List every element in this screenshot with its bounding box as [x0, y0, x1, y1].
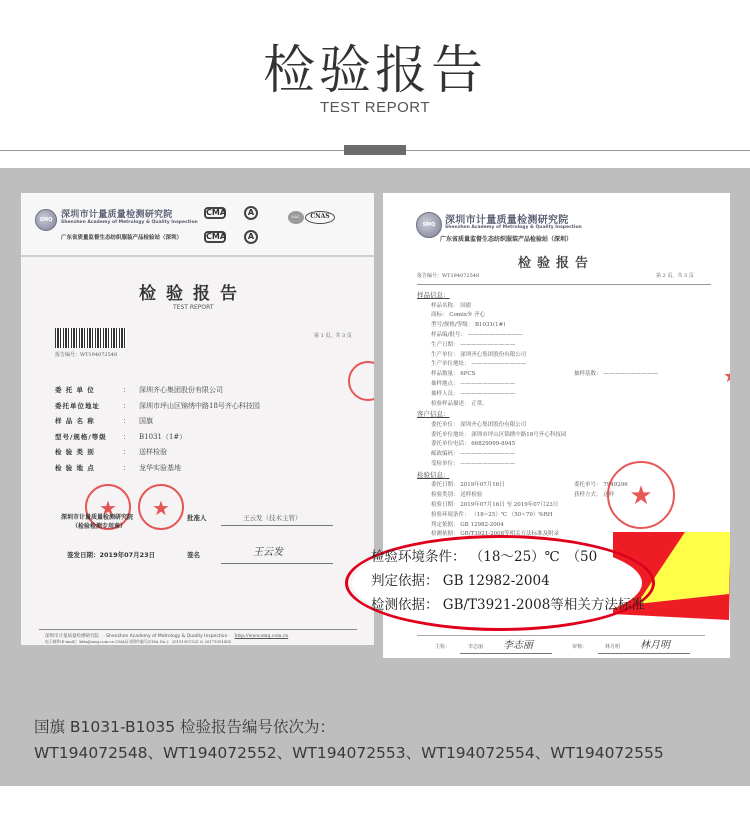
section-title: 客户信息： [417, 409, 450, 418]
chief-inspector-label: 主检： [435, 643, 450, 650]
info-row: 委托日期： 2019年07月16日 [431, 480, 505, 488]
highlight-row: 检验环境条件： （18～25）℃ （50 [371, 545, 597, 565]
field-row: 委托单位地址：深圳市坪山区锦绣中路18号齐心科技园 [55, 401, 260, 411]
institute-name-en: Shenzhen Academy of Metrology & Quality … [61, 220, 198, 225]
issue-date: 签发日期：2019年07月23日 [67, 550, 155, 559]
info-row: 委托单位： 深圳齐心集团股份有限公司 [431, 420, 526, 428]
caption-report-numbers: WT194072548、WT194072552、WT194072553、WT19… [34, 741, 664, 763]
highlight-row: 判定依据： GB 12982-2004 [371, 569, 550, 589]
info-row: 检验环境条件： （18~25）℃ （50~70）%RH [431, 510, 553, 518]
field-value: 深圳齐心集团股份有限公司 [139, 386, 223, 394]
cal-mark-icon: A [244, 230, 258, 244]
field-row: 样 品 名 称：国旗 [55, 416, 153, 426]
cal-mark-icon: A [244, 206, 258, 220]
approver-line [221, 525, 333, 526]
info-row: 委托单位地址： 深圳市坪山区锦绣中路18号齐心科技园 [431, 430, 566, 438]
field-row: 委 托 单 位：深圳齐心集团股份有限公司 [55, 385, 223, 395]
inspection-seal-icon: ★ [138, 484, 184, 530]
seal-org-name: 深圳市计量质量检测研究院 [61, 512, 133, 521]
smq-logo-icon: SMQ [416, 212, 442, 238]
official-seal-icon: ★ [607, 461, 675, 529]
info-row: 样品编/批号： —————————— [431, 330, 523, 338]
info-row: 抽样地点： —————————— [431, 379, 515, 387]
seal-org-note: （检验检测专用章） [72, 521, 126, 530]
info-row: 检验日期： 2019年07月16日 至 2019年07月23日 [431, 500, 558, 508]
panel-edge [730, 520, 750, 660]
field-row: 检 验 类 别：送样检验 [55, 447, 167, 457]
cma-mark-icon: CMA [204, 231, 226, 243]
chief-inspector-name: 李志丽 [468, 643, 483, 650]
header-accent-bar [344, 145, 406, 155]
doc-title-en: TEST REPORT [173, 304, 214, 311]
info-row: 生产单位地址： —————————— [431, 359, 526, 367]
report-number-label: 报告编号：WT194072548 [55, 351, 117, 358]
field-label: 委 托 单 位 [55, 385, 123, 394]
info-row: 委托单位电话： 66829999-8945 [431, 439, 515, 447]
signature-line [221, 563, 333, 564]
info-row-secondary: 抽样基数： —————————— [574, 369, 658, 377]
cma-mark-icon: CMA [204, 207, 226, 219]
page-title: 检验报告 [0, 28, 750, 103]
caption-heading: 国旗 B1031-B1035 检验报告编号依次为： [34, 715, 335, 737]
signature-label: 签名 [187, 550, 200, 559]
field-value: 送样检验 [139, 448, 167, 456]
doc-title: 检验报告 [518, 252, 594, 271]
chief-inspector-signature: 李志丽 [503, 636, 533, 651]
info-row: 抽样人员： —————————— [431, 389, 515, 397]
approver-value: 王云发（技术主管） [243, 513, 302, 522]
info-row: 检验样品描述： 正常。 [431, 399, 488, 407]
section-title: 检验信息： [417, 470, 450, 479]
info-row: 型号/规格/等级： B1031(1#) [431, 320, 505, 328]
field-label: 检 验 地 点 [55, 463, 123, 472]
field-label: 样 品 名 称 [55, 416, 123, 425]
page-subtitle: TEST REPORT [0, 99, 750, 116]
page-info: 第 1 页，共 3 页 [314, 332, 352, 339]
barcode-icon [55, 328, 127, 348]
field-value: 龙华实验基地 [139, 464, 181, 472]
reviewer-name: 林月明 [605, 643, 620, 650]
doc-title: 检验报告 [139, 279, 247, 304]
partial-seal-icon: ★ [723, 360, 730, 396]
field-value: B1031（1#） [139, 433, 186, 441]
smq-logo-icon: SMQ [35, 209, 57, 231]
info-row: 检验类别： 送样检验 [431, 490, 482, 498]
field-row: 型号/规格/等级：B1031（1#） [55, 432, 186, 442]
institute-name: 深圳市计量质量检测研究院 [445, 211, 569, 226]
cnas-logo-icon: CNAS [305, 211, 335, 224]
reviewer-line [598, 653, 690, 654]
info-row: 受检单位： —————————— [431, 459, 515, 467]
approver-label: 批准人 [187, 513, 207, 522]
field-label: 检 验 类 别 [55, 447, 123, 456]
chief-inspector-line [460, 653, 552, 654]
footer-contact-1: 电子邮件(E-mail)：kfzx@smq.com.cn CMA证书附件编号(C… [45, 639, 231, 645]
field-value: 深圳市坪山区锦绣中路18号齐心科技园 [139, 402, 260, 410]
field-value: 国旗 [139, 417, 153, 425]
reviewer-signature: 林月明 [640, 636, 670, 651]
institute-name: 深圳市计量质量检测研究院 [61, 207, 173, 220]
report-cover-page: SMQ 深圳市计量质量检测研究院 Shenzhen Academy of Met… [21, 193, 374, 645]
footer-divider [39, 629, 357, 630]
info-row: 邮政编码： —————————— [431, 449, 515, 457]
field-row: 检 验 地 点：龙华实验基地 [55, 463, 181, 473]
section-title: 样品信息： [417, 290, 450, 299]
info-row: 判定依据： GB 12982-2004 [431, 520, 504, 528]
reviewer-label: 审核： [572, 643, 587, 650]
page-info: 第 2 页，共 3 页 [656, 272, 694, 279]
institute-subname: 广东省质量监督生态纺织服装产品检验站（深圳） [61, 233, 182, 241]
ilac-logo-icon: ILAC-MRA [288, 211, 304, 224]
institute-subname: 广东省质量监督生态纺织服装产品检验站（深圳） [440, 234, 572, 243]
highlight-row: 检测依据： GB/T3921-2008等相关方法标准 [371, 593, 645, 613]
field-label: 委托单位地址 [55, 401, 123, 410]
report-number: 报告编号：WT194072548 [417, 272, 479, 279]
info-row: 生产日期： —————————— [431, 340, 515, 348]
header-divider [417, 284, 711, 285]
institute-name-en: Shenzhen Academy of Metrology & Quality … [445, 225, 582, 230]
info-row: 样品名称： 国旗 [431, 301, 471, 309]
field-label: 型号/规格/等级 [55, 432, 123, 441]
signature: 王云发 [253, 543, 283, 558]
institute-header: SMQ 深圳市计量质量检测研究院 Shenzhen Academy of Met… [21, 193, 374, 257]
info-row: 样品数量： 6PCS [431, 369, 475, 377]
partial-seal-icon [348, 361, 374, 401]
info-row: 商标： Comix® 齐心 [431, 310, 485, 318]
info-row: 生产单位： 深圳齐心集团股份有限公司 [431, 350, 526, 358]
